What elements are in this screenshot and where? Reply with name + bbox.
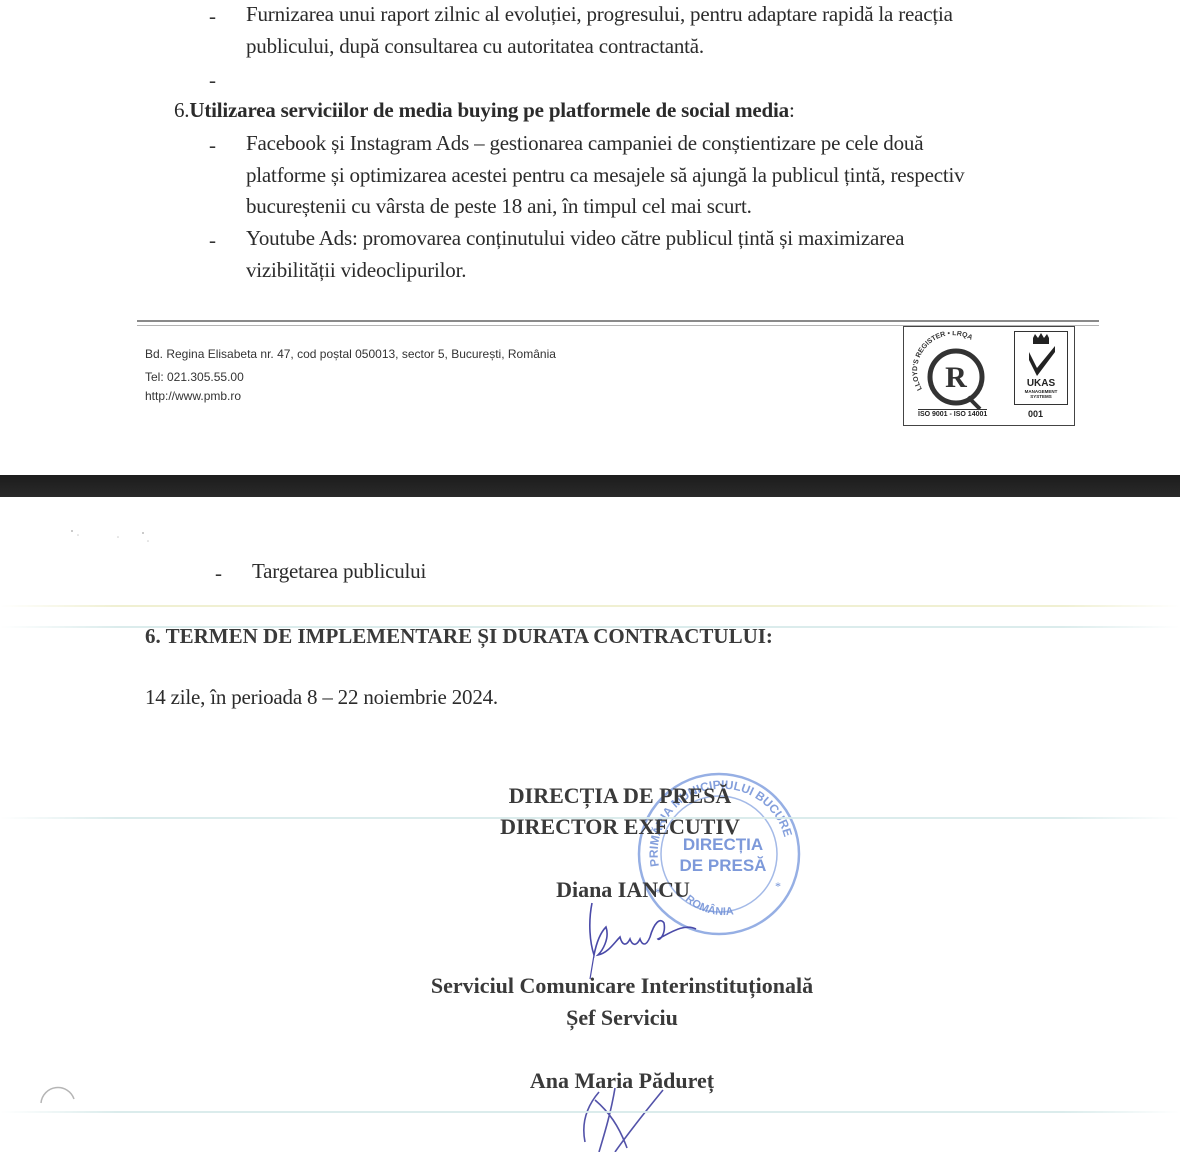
section-6-heading: 6.Utilizarea serviciilor de media buying… <box>174 100 795 121</box>
footer-website: http://www.pmb.ro <box>145 389 241 403</box>
section-title: Utilizarea serviciilor de media buying p… <box>189 98 789 122</box>
bullet-text-line: platforme și optimizarea acestei pentru … <box>246 165 964 186</box>
section-number: 6. <box>174 98 189 122</box>
empty-bullet-dash: - <box>209 68 216 93</box>
bullet-text-line: Furnizarea unui raport zilnic al evoluți… <box>246 4 953 25</box>
bullet-text-line: Facebook și Instagram Ads – gestionarea … <box>246 133 923 154</box>
ukas-number: 001 <box>1028 409 1043 419</box>
svg-text:UKAS: UKAS <box>1027 378 1056 389</box>
signature-ana-maria-paduret-icon <box>575 1082 675 1152</box>
ukas-logo: UKAS MANAGEMENT SYSTEMS <box>1014 331 1068 405</box>
document-page-1: - Furnizarea unui raport zilnic al evolu… <box>0 0 1180 475</box>
punch-hole-mark-icon <box>38 1079 78 1109</box>
service-name: Serviciul Comunicare Interinstituțională <box>372 973 872 999</box>
section-6-heading: 6. TERMEN DE IMPLEMENTARE ȘI DURATA CONT… <box>145 624 773 649</box>
contract-duration: 14 zile, în perioada 8 – 22 noiembrie 20… <box>145 687 498 708</box>
footer-address: Bd. Regina Elisabeta nr. 47, cod poștal … <box>145 347 556 361</box>
bullet-dash: - <box>209 228 216 253</box>
bullet-text-line: Youtube Ads: promovarea conținutului vid… <box>246 228 904 249</box>
scan-line <box>0 1111 1180 1113</box>
svg-text:R: R <box>945 361 967 394</box>
svg-text:SYSTEMS: SYSTEMS <box>1030 394 1052 399</box>
bullet-dash: - <box>209 133 216 158</box>
bullet-text-line: publicului, după consultarea cu autorita… <box>246 36 704 57</box>
signature-diana-iancu-icon <box>580 893 700 983</box>
svg-text:*: * <box>775 879 781 893</box>
footer-phone: Tel: 021.305.55.00 <box>145 370 244 384</box>
bullet-dash: - <box>209 4 216 29</box>
signatory-department: DIRECȚIA DE PRESĂ <box>470 783 770 809</box>
certification-logos: LLOYD'S REGISTER • LRQA R UKAS MANAGEMEN… <box>903 326 1075 426</box>
bullet-text-line: bucureștenii cu vârsta de peste 18 ani, … <box>246 196 752 217</box>
scan-line <box>0 605 1180 607</box>
signatory-role: Șef Serviciu <box>372 1005 872 1031</box>
scan-speckle-icon <box>68 527 158 547</box>
bullet-text-line: Targetarea publicului <box>252 561 426 582</box>
bullet-dash: - <box>215 561 222 586</box>
bullet-text-line: vizibilității videoclipurilor. <box>246 260 466 281</box>
document-page-2: - Targetarea publicului 6. TERMEN DE IMP… <box>0 497 1180 1152</box>
footer-rule <box>137 320 1099 322</box>
ukas-crown-check-icon: UKAS MANAGEMENT SYSTEMS <box>1015 332 1067 404</box>
svg-text:DE PRESĂ: DE PRESĂ <box>680 856 767 875</box>
signatory-role: DIRECTOR EXECUTIV <box>470 814 770 840</box>
lrqa-logo-icon: LLOYD'S REGISTER • LRQA R <box>910 331 998 419</box>
iso-label: ISO 9001 - ISO 14001 <box>918 409 987 418</box>
section-colon: : <box>789 98 795 122</box>
page-separator <box>0 475 1180 497</box>
